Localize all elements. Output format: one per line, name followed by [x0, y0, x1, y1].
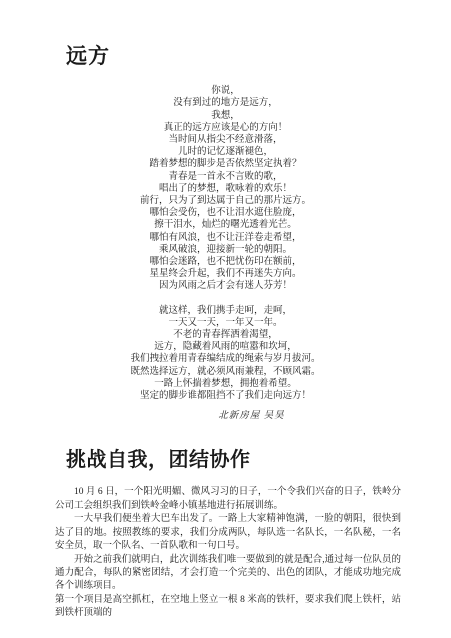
poem-stanza-1: 你说，没有到过的地方是远方，我想，真正的远方应该是心的方向！当时间从指尖不经意滑… [0, 85, 451, 292]
poem-line: 乘风破浪，迎接新一轮的朝阳。 [0, 244, 451, 256]
article-paragraph: 开始之前我们就明白，此次训练我们唯一要做到的就是配合,通过每一位队员的通力配合，… [55, 554, 401, 594]
poem-line: 哪怕会受伤，也不让泪水遮住脸庞， [0, 207, 451, 219]
poem-line: 当时间从指尖不经意滑落， [0, 134, 451, 146]
article-paragraph: 10 月 6 日，一个阳光明媚、微风习习的日子，一个令我们兴奋的日子，铁岭分公司… [55, 486, 401, 513]
poem-body: 你说，没有到过的地方是远方，我想，真正的远方应该是心的方向！当时间从指尖不经意滑… [0, 85, 451, 422]
poem-line: 没有到过的地方是远方， [0, 97, 451, 109]
poem-line: 你说， [0, 85, 451, 97]
poem-line: 不老的青春挥洒着渴望， [0, 329, 451, 341]
article-body: 10 月 6 日，一个阳光明媚、微风习习的日子，一个令我们兴奋的日子，铁岭分公司… [55, 486, 401, 620]
poem-signature: 北新房屋 吴昊 [26, 410, 451, 422]
poem-line: 青春是一首永不言败的歌， [0, 171, 451, 183]
poem-line: 因为风雨之后才会有迷人芬芳！ [0, 280, 451, 292]
poem-line: 儿时的记忆逐渐褪色， [0, 146, 451, 158]
poem-line: 擦干泪水，灿烂的曙光透着光芒。 [0, 219, 451, 231]
document-page: 远方 你说，没有到过的地方是远方，我想，真正的远方应该是心的方向！当时间从指尖不… [0, 0, 451, 638]
article-heading: 挑战自我，团结协作 [66, 448, 451, 472]
poem-stanza-2: 就这样，我们携手走呵，走呵，一天又一天，一年又一年。不老的青春挥洒着渴望，远方，… [0, 305, 451, 403]
poem-line: 星星终会升起，我们不再迷失方向。 [0, 268, 451, 280]
poem-line: 真正的远方应该是心的方向！ [0, 122, 451, 134]
article-paragraph: 第一个项目是高空抓杠，在空地上竖立一根 8 米高的铁杆，要求我们爬上铁杆，站到铁… [55, 594, 401, 621]
poem-line: 踏着梦想的脚步是否依然坚定执着？ [0, 158, 451, 170]
article-paragraph: 一大早我们便坐着大巴车出发了。一路上大家精神饱满，一脸的朝阳，很快到达了目的地。… [55, 513, 401, 553]
poem-line: 哪怕有风浪，也不让汪洋卷走希望， [0, 232, 451, 244]
poem-line: 既然选择远方，就必须风雨兼程，不顾风霜。 [0, 366, 451, 378]
poem-line: 一天又一天，一年又一年。 [0, 317, 451, 329]
poem-line: 就这样，我们携手走呵，走呵， [0, 305, 451, 317]
poem-line: 远方，隐藏着风雨的喧嚣和坎坷， [0, 341, 451, 353]
poem-line: 坚定的脚步谁都阻挡不了我们走向远方！ [0, 390, 451, 402]
poem-line: 一路上怀揣着梦想，拥抱着希望。 [0, 378, 451, 390]
poem-title: 远方 [66, 44, 451, 69]
poem-line: 前行，只为了到达属于自己的那片远方。 [0, 195, 451, 207]
poem-line: 唱出了的梦想，歌咏着的欢乐！ [0, 183, 451, 195]
poem-line: 我们拽拉着用青春编结成的绳索与岁月拔河。 [0, 353, 451, 365]
poem-line: 哪怕会迷路，也不把忧伤印在额前， [0, 256, 451, 268]
poem-line: 我想， [0, 110, 451, 122]
